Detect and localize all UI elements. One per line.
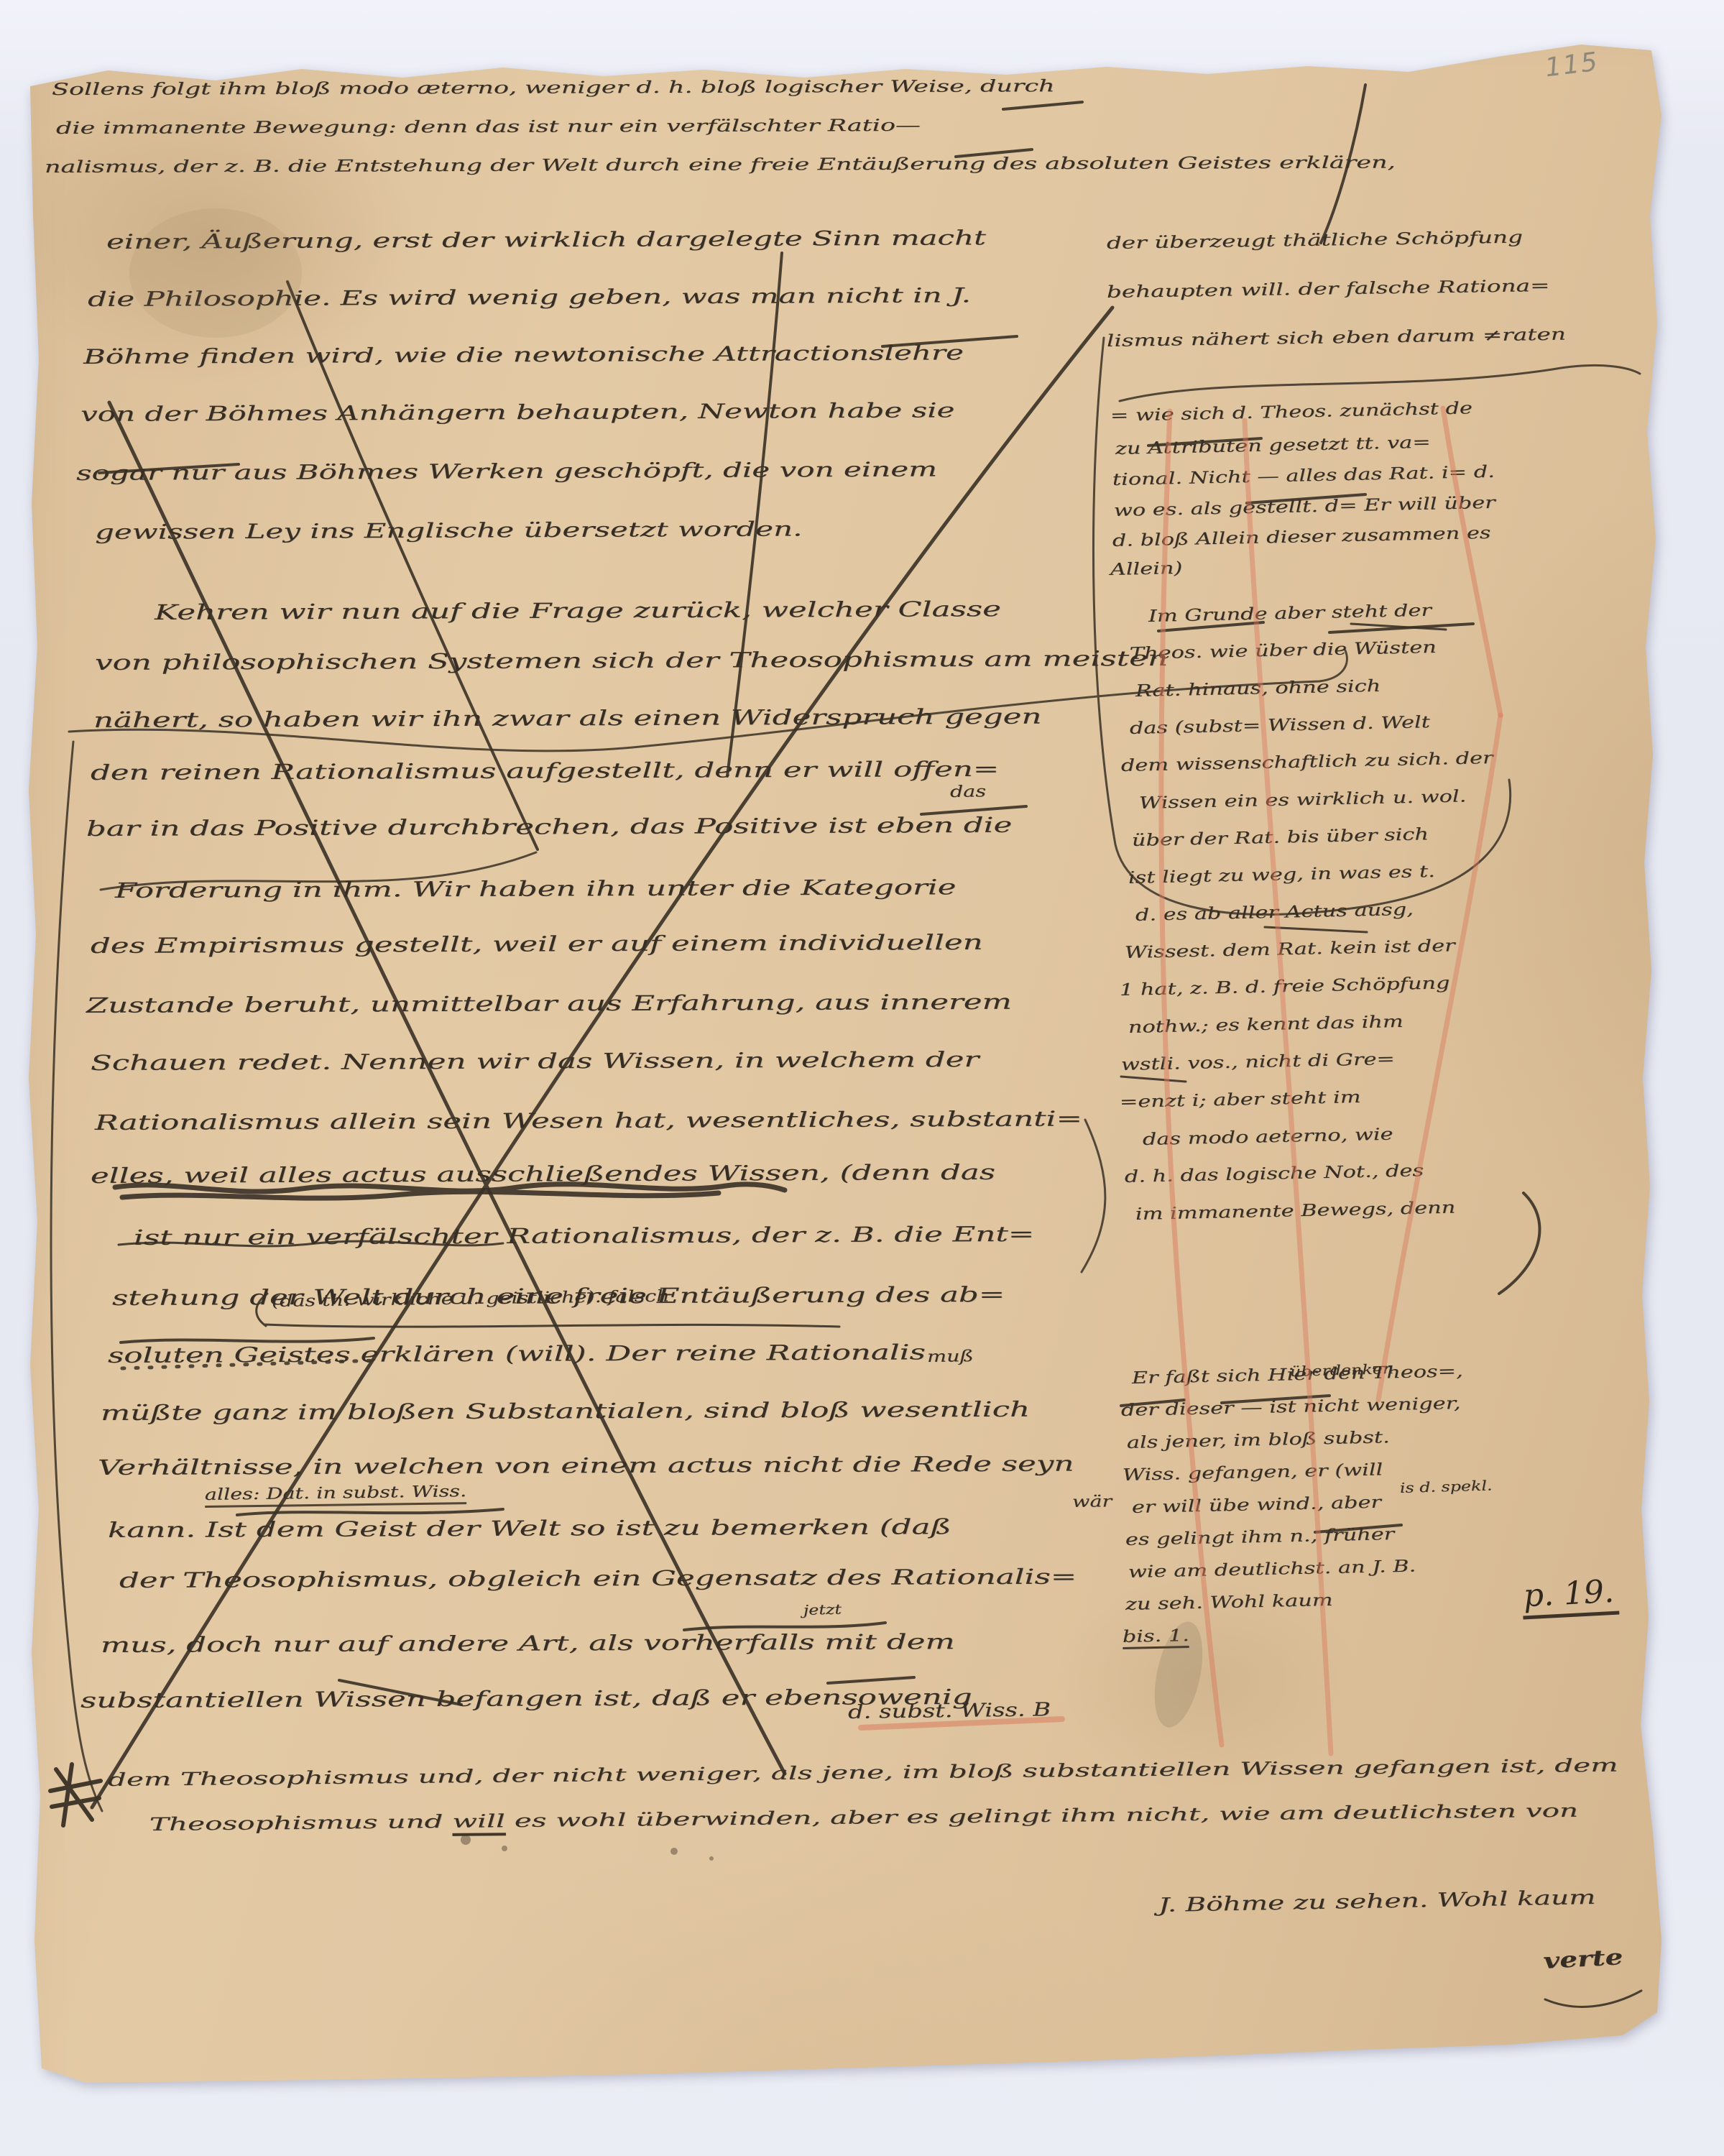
margin-note-line: über der Rat. bis über sich (1132, 831, 1357, 850)
section-divider-curves (51, 338, 1640, 1811)
upper-paragraph-line: einer, Äußerung, erst der wirklich darge… (106, 230, 693, 254)
main-paragraph-line: stehung der Welt durch eine freie Entäuß… (112, 1286, 707, 1310)
ink-smudges (129, 208, 1211, 1861)
margin-note-line: bis. 1. (1123, 1628, 1173, 1649)
large-parenthesis (1082, 1120, 1105, 1272)
main-paragraph-line: Verhältnisse, in welchen von einem actus… (98, 1455, 749, 1480)
margin-note-line: Theos. wie über die Wüsten (1130, 645, 1362, 663)
main-paragraph-line: Forderung in ihm. Wir haben ihn unter di… (115, 878, 676, 903)
main-paragraph-line: bar in das Positive durchbrechen, das Po… (86, 816, 704, 841)
red-underline-subst-wiss (861, 1719, 1062, 1728)
left-margin-bracket (51, 742, 102, 1811)
right-top-line: behaupten will. der falsche Rationa= (1107, 283, 1419, 302)
margin-note-line: Wissest. dem Rat. kein ist der (1125, 944, 1375, 962)
bottom-paragraph-line: dem Theosophismus und, der nicht weniger… (108, 1769, 1040, 1790)
margin-note-line: tional. Nicht — alles das Rat. i= d. (1112, 471, 1402, 489)
page-reference-p19: p. 19. (1521, 1573, 1620, 1620)
turn-page-note-verte: verte (1544, 1949, 1605, 1974)
manuscript-page: 190 169 115 Sollens folgt ihm bloß modo … (0, 0, 1724, 2156)
margin-note-line: das (subst= Wissen d. Welt (1130, 719, 1357, 738)
main-paragraph-line: Schauen redet. Nennen wir das Wissen, in… (91, 1051, 683, 1075)
header-note-line: die immanente Bewegung: denn das ist nur… (56, 119, 624, 138)
insertion-hash-mark (50, 1764, 101, 1825)
large-cross-out-x (92, 308, 1112, 1807)
interline-insert-jetzt: jetzt (803, 1603, 834, 1618)
right-top-line: der überzeugt thätliche Schöpfung (1107, 234, 1400, 253)
page-number-crossed-out: 169 (1276, 28, 1345, 73)
margin-note-line: 1 hat, z. B. d. freie Schöpfung (1120, 981, 1370, 1000)
interline-insert-welt-note: (das th. wirkliche u. geistliche). falsc… (272, 1293, 578, 1311)
main-paragraph-line: kann. Ist dem Geist der Welt so ist zu b… (108, 1518, 670, 1542)
main-paragraph-line: von philosophischen Systemen sich der Th… (95, 650, 810, 675)
main-paragraph-line: elles, weil alles actus ausschließendes … (91, 1164, 693, 1188)
interline-insert-muss: muß (927, 1348, 963, 1366)
margin-note-line: wo es. als gestellt. d= Er will über (1114, 502, 1403, 520)
main-paragraph-line: des Empirismus gestellt, weil er auf ein… (91, 934, 686, 958)
margin-note-line: Allein) (1110, 561, 1165, 579)
interline-insert-ueberdenken: überdenken (1290, 1364, 1373, 1380)
margin-note-line: =enzt i; aber steht im (1120, 1093, 1302, 1112)
margin-note-line: das modo aeterno, wie (1143, 1130, 1332, 1149)
header-note-line: nalismus, der z. B. die Entstehung der W… (45, 158, 934, 177)
margin-note-line: Wissen ein es wirklich u. wol. (1139, 794, 1387, 813)
margin-note-line: zu Attributen gesetzt tt. va= (1115, 440, 1355, 459)
page-number-ink: 190 (1177, 37, 1240, 76)
margin-note-line: d. h. das logische Not., des (1125, 1168, 1351, 1187)
upper-paragraph-line: Böhme finden wird, wie die newtonische A… (83, 345, 670, 369)
upper-cross-out-strokes (287, 253, 782, 849)
margin-note-line: wstli. vos., nicht di Gre= (1121, 1056, 1329, 1074)
manuscript-scan: 190 169 115 Sollens folgt ihm bloß modo … (0, 0, 1724, 2156)
main-paragraph-line: soluten Geistes erklären (will). Der rei… (108, 1343, 653, 1368)
folio-number-pencil: 115 (1544, 47, 1600, 83)
margin-note-line: zu seh. Wohl kaum (1125, 1595, 1283, 1614)
margin-note-line: ist liegt zu weg, in was es t. (1128, 869, 1360, 888)
main-paragraph-line: nähert, so haben wir ihn zwar als einen … (93, 708, 726, 732)
scribble-deletion (115, 1184, 785, 1198)
margin-note-line: dem wissenschaftlich zu sich. der (1121, 757, 1403, 775)
margin-note-line: als jener, im bloß subst. (1127, 1434, 1326, 1452)
main-paragraph-line: ist nur ein verfälschter Rationalismus, … (134, 1225, 734, 1250)
underlined-word-will: will (452, 1810, 505, 1836)
margin-note-line: Er faßt sich Hier den Theos=, (1132, 1369, 1383, 1388)
margin-note-line: im immanente Bewegs, denn (1135, 1205, 1378, 1224)
red-pencil-strokes (861, 408, 1501, 1754)
interline-insert-waer: wär (1072, 1493, 1102, 1511)
margin-note-line: = wie sich d. Theos. zunächst de (1110, 407, 1385, 425)
bottom-line2-pre: Theosophismus und (149, 1811, 453, 1835)
margin-note-line: Wiss. gefangen, er (will (1123, 1466, 1320, 1485)
margin-note-line: wie am deutlichst. an J. B. (1128, 1563, 1346, 1582)
header-note-line: Sollens folgt ihm bloß modo æterno, weni… (52, 80, 711, 99)
main-paragraph-line: müßte ganz im bloßen Substantialen, sind… (101, 1401, 720, 1425)
page-number-strike-flourish (1321, 85, 1539, 1294)
verte-flourish (1545, 1991, 1641, 2007)
main-paragraph-line: Rationalismus allein sein Wesen hat, wes… (95, 1110, 753, 1135)
margin-note-line: d. bloß Allein dieser zusammen es (1112, 532, 1399, 550)
ink-strokes-overlay (0, 0, 1724, 2156)
margin-note-line: der dieser — ist nicht weniger, (1121, 1401, 1378, 1420)
interline-insert-alles-dat: alles: Dat. in subst. Wiss. (205, 1486, 406, 1508)
margin-note-line: nothw.; es kennt das ihm (1128, 1018, 1337, 1037)
upper-paragraph-line: gewissen Ley ins Englische übersetzt wor… (95, 520, 566, 544)
main-paragraph-line: Kehren wir nun auf die Frage zurück, wel… (155, 600, 719, 625)
main-paragraph-line: substantiellen Wissen befangen ist, daß … (80, 1688, 675, 1713)
upper-paragraph-line: die Philosophie. Es wird wenig geben, wa… (88, 287, 676, 311)
main-paragraph-line: mus, doch nur auf andere Art, als vorher… (101, 1633, 670, 1657)
interline-insert-das: das (950, 783, 978, 801)
main-paragraph-line: der Theosophismus, obgleich ein Gegensat… (119, 1568, 757, 1593)
margin-note-line: Im Grunde aber steht der (1148, 607, 1363, 626)
interline-insert-subst-wiss: d. subst. Wiss. B (848, 1702, 1004, 1723)
bottom-paragraph-line: Theosophismus und will es wohl überwinde… (149, 1814, 1031, 1835)
margin-note-enclosure (1093, 338, 1510, 914)
main-paragraph-line: den reinen Rationalismus aufgestellt, de… (91, 760, 696, 785)
stet-dotted-line (122, 1360, 377, 1368)
interline-insert-spekl: is d. spekl. (1400, 1480, 1474, 1496)
margin-note-line: Rat. hinaus, ohne sich (1135, 682, 1322, 701)
annotation-underlines (119, 624, 1641, 2007)
right-top-line: lismus nähert sich eben darum ≠raten (1107, 332, 1430, 351)
bottom-line2-post: es wohl überwinden, aber es gelingt ihm … (505, 1800, 1579, 1831)
main-paragraph-line: Zustande beruht, unmittelbar aus Erfahru… (86, 993, 704, 1018)
margin-note-line: es gelingt ihm n., früher (1125, 1531, 1329, 1549)
word-strikethroughs (99, 102, 1473, 1705)
upper-paragraph-line: sogar nur aus Böhmes Werken geschöpft, d… (76, 461, 650, 485)
signoff-line: J. Böhme zu sehen. Wohl kaum (1158, 1894, 1460, 1917)
margin-note-line: d. es ab aller Actus ausg, (1135, 906, 1346, 925)
margin-note-line: er will übe wind., aber (1132, 1498, 1321, 1517)
upper-paragraph-line: von der Böhmes Anhängern behaupten, Newt… (80, 402, 663, 426)
